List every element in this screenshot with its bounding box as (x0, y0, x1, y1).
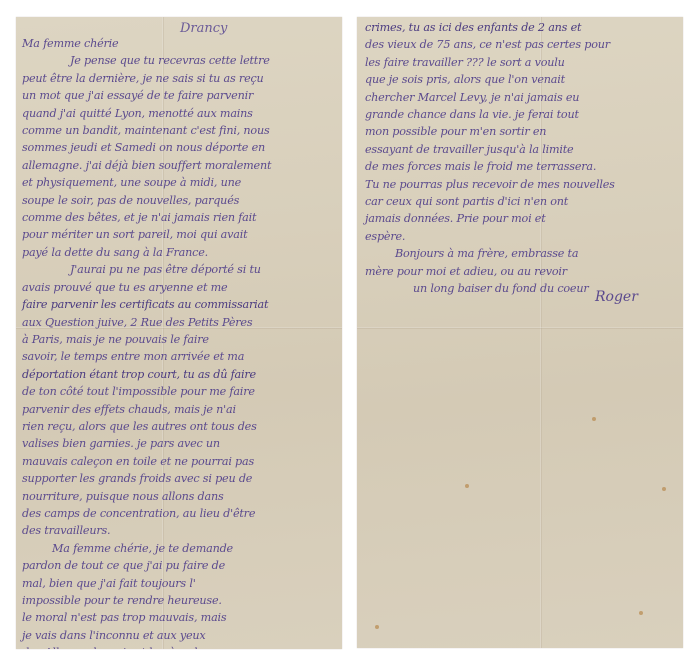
signature: Roger (595, 289, 638, 305)
salutation: Ma femme chérie (22, 35, 340, 52)
text-line: déportation étant trop court, tu as dû f… (22, 366, 340, 383)
text-line: Je pense que tu recevras cette lettre (22, 52, 340, 69)
paper-stain (639, 611, 643, 615)
text-line: des vieux de 75 ans, ce n'est pas certes… (365, 36, 681, 53)
paper-stain (465, 484, 469, 488)
text-line: nourriture, puisque nous allons dans (22, 488, 340, 505)
paper-stain (592, 417, 596, 421)
text-line: savoir, le temps entre mon arrivée et ma (22, 348, 340, 365)
text-line: valises bien garnies. je pars avec un (22, 435, 340, 452)
text-line: que je sois pris, alors que l'on venait (365, 71, 681, 88)
text-line: Tu ne pourras plus recevoir de mes nouve… (365, 176, 681, 193)
text-line: avais prouvé que tu es aryenne et me (22, 279, 340, 296)
text-line: crimes, tu as ici des enfants de 2 ans e… (365, 19, 681, 36)
paper-stain (375, 625, 379, 629)
text-line: espère. (365, 228, 681, 245)
text-line: quand j'ai quitté Lyon, menotté aux main… (22, 105, 340, 122)
text-line: mauvais caleçon en toile et ne pourrai p… (22, 453, 340, 470)
text-line: Bonjours à ma frère, embrasse ta (365, 245, 681, 262)
text-line: des Allemands, qui est le père des (22, 644, 340, 649)
text-line: un mot que j'ai essayé de te faire parve… (22, 87, 340, 104)
text-line: comme un bandit, maintenant c'est fini, … (22, 122, 340, 139)
text-line: grande chance dans la vie. je ferai tout (365, 106, 681, 123)
text-line: aux Question juive, 2 Rue des Petits Pèr… (22, 314, 340, 331)
text-line: mère pour moi et adieu, ou au revoir (365, 263, 681, 280)
text-line: les faire travailler ??? le sort a voulu (365, 54, 681, 71)
text-line: des travailleurs. (22, 522, 340, 539)
text-line: des camps de concentration, au lieu d'êt… (22, 505, 340, 522)
text-line: et physiquement, une soupe à midi, une (22, 174, 340, 191)
text-line: soupe le soir, pas de nouvelles, parqués (22, 192, 340, 209)
letter-page-2: crimes, tu as ici des enfants de 2 ans e… (357, 17, 683, 648)
text-line: comme des bêtes, et je n'ai jamais rien … (22, 209, 340, 226)
text-line: pour mériter un sort pareil, moi qui ava… (22, 226, 340, 243)
fold-crease-horizontal (357, 327, 683, 329)
text-line: de ton côté tout l'impossible pour me fa… (22, 383, 340, 400)
paper-stain (662, 487, 666, 491)
text-line: payé la dette du sang à la France. (22, 244, 340, 261)
text-line: je vais dans l'inconnu et aux yeux (22, 627, 340, 644)
text-line: le moral n'est pas trop mauvais, mais (22, 609, 340, 626)
letter-body-page-2: crimes, tu as ici des enfants de 2 ans e… (365, 19, 681, 298)
text-line: jamais données. Prie pour moi et (365, 210, 681, 227)
text-line: à Paris, mais je ne pouvais le faire (22, 331, 340, 348)
text-line: rien reçu, alors que les autres ont tous… (22, 418, 340, 435)
letter-body-page-1: Ma femme chérie Je pense que tu recevras… (22, 35, 340, 649)
letter-page-1: Drancy Ma femme chérie Je pense que tu r… (16, 17, 342, 649)
text-line: J'aurai pu ne pas être déporté si tu (22, 261, 340, 278)
text-line: essayant de travailler jusqu'à la limite (365, 141, 681, 158)
text-line: car ceux qui sont partis d'ici n'en ont (365, 193, 681, 210)
text-line: mal, bien que j'ai fait toujours l' (22, 575, 340, 592)
text-line: pardon de tout ce que j'ai pu faire de (22, 557, 340, 574)
text-line: allemagne. j'ai déjà bien souffert moral… (22, 157, 340, 174)
text-line: de mes forces mais le froid me terrasser… (365, 158, 681, 175)
text-line: sommes jeudi et Samedi on nous déporte e… (22, 139, 340, 156)
text-line: impossible pour te rendre heureuse. (22, 592, 340, 609)
text-line: parvenir des effets chauds, mais je n'ai (22, 401, 340, 418)
text-line: mon possible pour m'en sortir en (365, 123, 681, 140)
text-line: faire parvenir les certificats au commis… (22, 296, 340, 313)
letter-scan: Drancy Ma femme chérie Je pense que tu r… (0, 0, 700, 670)
text-line: peut être la dernière, je ne sais si tu … (22, 70, 340, 87)
letter-heading-place: Drancy (180, 21, 227, 36)
text-line: chercher Marcel Levy, je n'ai jamais eu (365, 89, 681, 106)
text-line: Ma femme chérie, je te demande (22, 540, 340, 557)
text-line: supporter les grands froids avec si peu … (22, 470, 340, 487)
